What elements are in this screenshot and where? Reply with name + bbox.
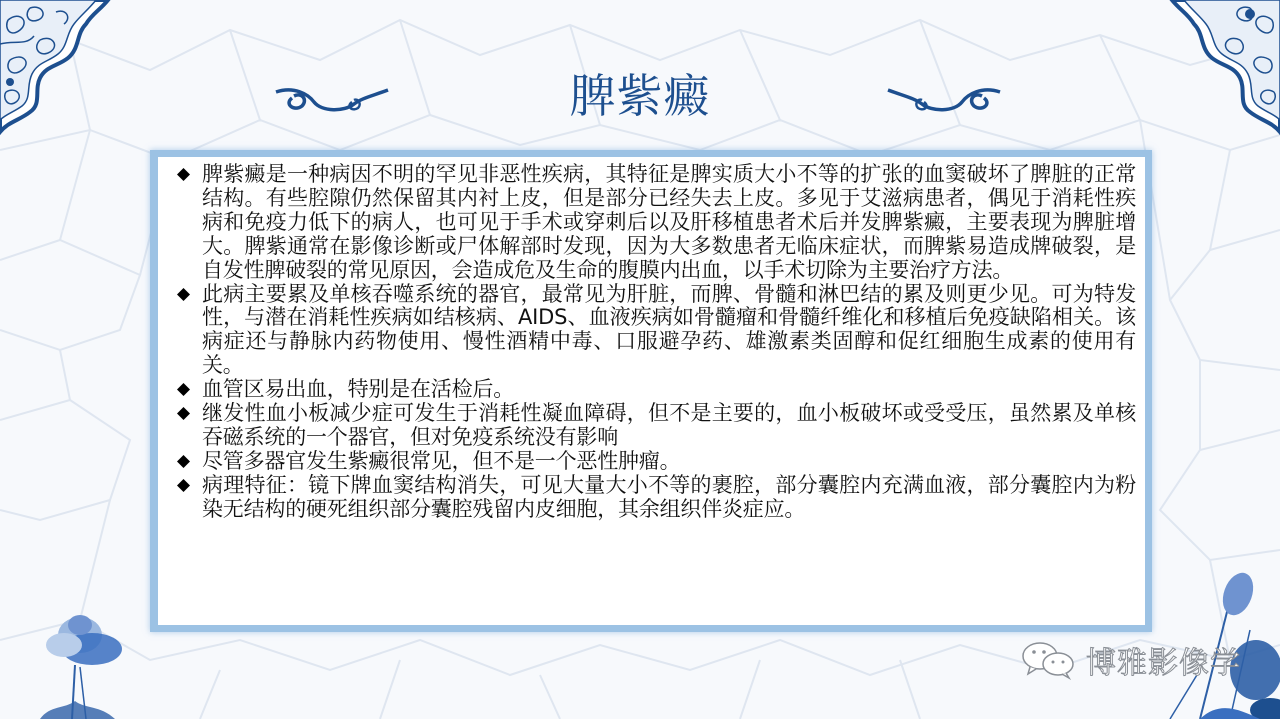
bullet-text: 继发性血小板减少症可发生于消耗性凝血障碍，但不是主要的，血小板破坏或受受压，虽然…	[202, 402, 1136, 450]
bullet-item-thrombocytopenia: 继发性血小板减少症可发生于消耗性凝血障碍，但不是主要的，血小板破坏或受受压，虽然…	[176, 402, 1136, 450]
bullet-text: 血管区易出血，特别是在活检后。	[202, 378, 1136, 402]
watermark: 博雅影像学	[1020, 640, 1241, 680]
diamond-bullet-icon	[177, 455, 190, 468]
bullet-text: 病理特征：镜下牌血窦结构消失，可见大量大小不等的裹腔，部分囊腔内充满血液，部分囊…	[202, 474, 1136, 522]
bullet-item-pathology: 病理特征：镜下牌血窦结构消失，可见大量大小不等的裹腔，部分囊腔内充满血液，部分囊…	[176, 474, 1136, 522]
diamond-bullet-icon	[177, 479, 190, 492]
bullet-item-not-malignant: 尽管多器官发生紫癜很常见，但不是一个恶性肿瘤。	[176, 450, 1136, 474]
bullet-text: 脾紫癜是一种病因不明的罕见非恶性疾病，其特征是脾实质大小不等的扩张的血窦破坏了脾…	[202, 163, 1136, 283]
diamond-bullet-icon	[177, 383, 190, 396]
content-text-box: 脾紫癜是一种病因不明的罕见非恶性疾病，其特征是脾实质大小不等的扩张的血窦破坏了脾…	[150, 150, 1152, 632]
bullet-text: 尽管多器官发生紫癜很常见，但不是一个恶性肿瘤。	[202, 450, 1136, 474]
bullet-text: 此病主要累及单核吞噬系统的器官，最常见为肝脏，而脾、骨髓和淋巴结的累及则更少见。…	[202, 283, 1136, 379]
diamond-bullet-icon	[177, 288, 190, 301]
swirl-ornament-right	[886, 84, 1002, 114]
content-text-box-inner: 脾紫癜是一种病因不明的罕见非恶性疾病，其特征是脾实质大小不等的扩张的血窦破坏了脾…	[158, 157, 1145, 625]
wechat-icon	[1020, 640, 1078, 680]
bullet-item-organs: 此病主要累及单核吞噬系统的器官，最常见为肝脏，而脾、骨髓和淋巴结的累及则更少见。…	[176, 283, 1136, 379]
lotus-flower-decoration-left	[20, 605, 130, 719]
watermark-text: 博雅影像学	[1086, 638, 1241, 682]
bullet-item-definition: 脾紫癜是一种病因不明的罕见非恶性疾病，其特征是脾实质大小不等的扩张的血窦破坏了脾…	[176, 163, 1136, 283]
bullet-item-bleeding: 血管区易出血，特别是在活检后。	[176, 378, 1136, 402]
bullet-list: 脾紫癜是一种病因不明的罕见非恶性疾病，其特征是脾实质大小不等的扩张的血窦破坏了脾…	[176, 163, 1136, 522]
page-title: 脾紫癜	[0, 68, 1280, 124]
diamond-bullet-icon	[177, 168, 190, 181]
diamond-bullet-icon	[177, 407, 190, 420]
